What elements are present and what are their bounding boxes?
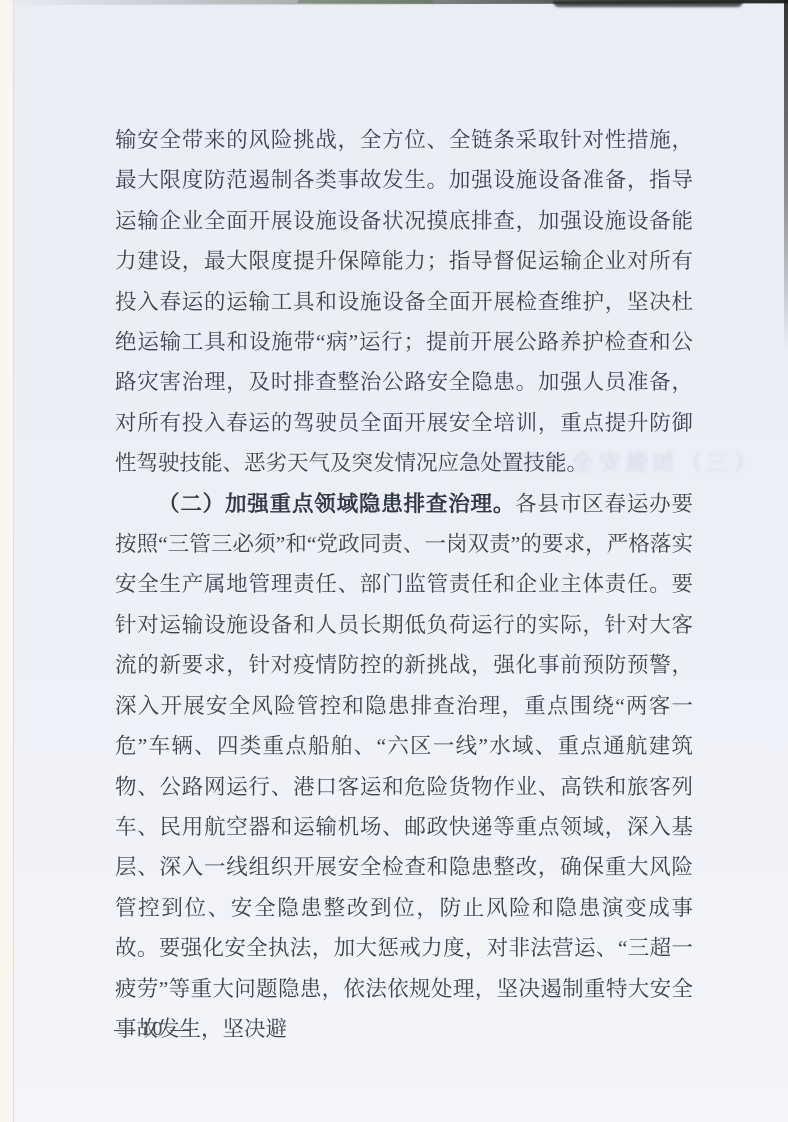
page-number: — 10 — (114, 1019, 191, 1041)
document-body: 输安全带来的风险挑战，全方位、全链条采取针对性措施，最大限度防范遏制各类事故发生… (115, 120, 693, 1049)
paragraph-text: 各县市区春运办要按照“三管三必须”和“党政同责、一岗双责”的要求，严格落实安全生… (115, 492, 693, 1041)
paragraph-continuation: 输安全带来的风险挑战，全方位、全链条采取针对性措施，最大限度防范遏制各类事故发生… (115, 120, 693, 484)
paper-margin-strip (0, 0, 14, 1122)
document-page: （三）加强安全宣传引导 输安全带来的风险挑战，全方位、全链条采取针对性措施，最大… (0, 0, 788, 1122)
scan-edge-top-smudge (298, 0, 433, 3)
scan-edge-right (784, 0, 788, 350)
section-heading: （二）加强重点领域隐患排查治理。 (158, 492, 515, 516)
paragraph-section-2: （二）加强重点领域隐患排查治理。各县市区春运办要按照“三管三必须”和“党政同责、… (115, 484, 693, 1050)
paragraph-text: 输安全带来的风险挑战，全方位、全链条采取针对性措施，最大限度防范遏制各类事故发生… (115, 128, 693, 475)
scan-edge-top-blob (553, 1, 743, 7)
